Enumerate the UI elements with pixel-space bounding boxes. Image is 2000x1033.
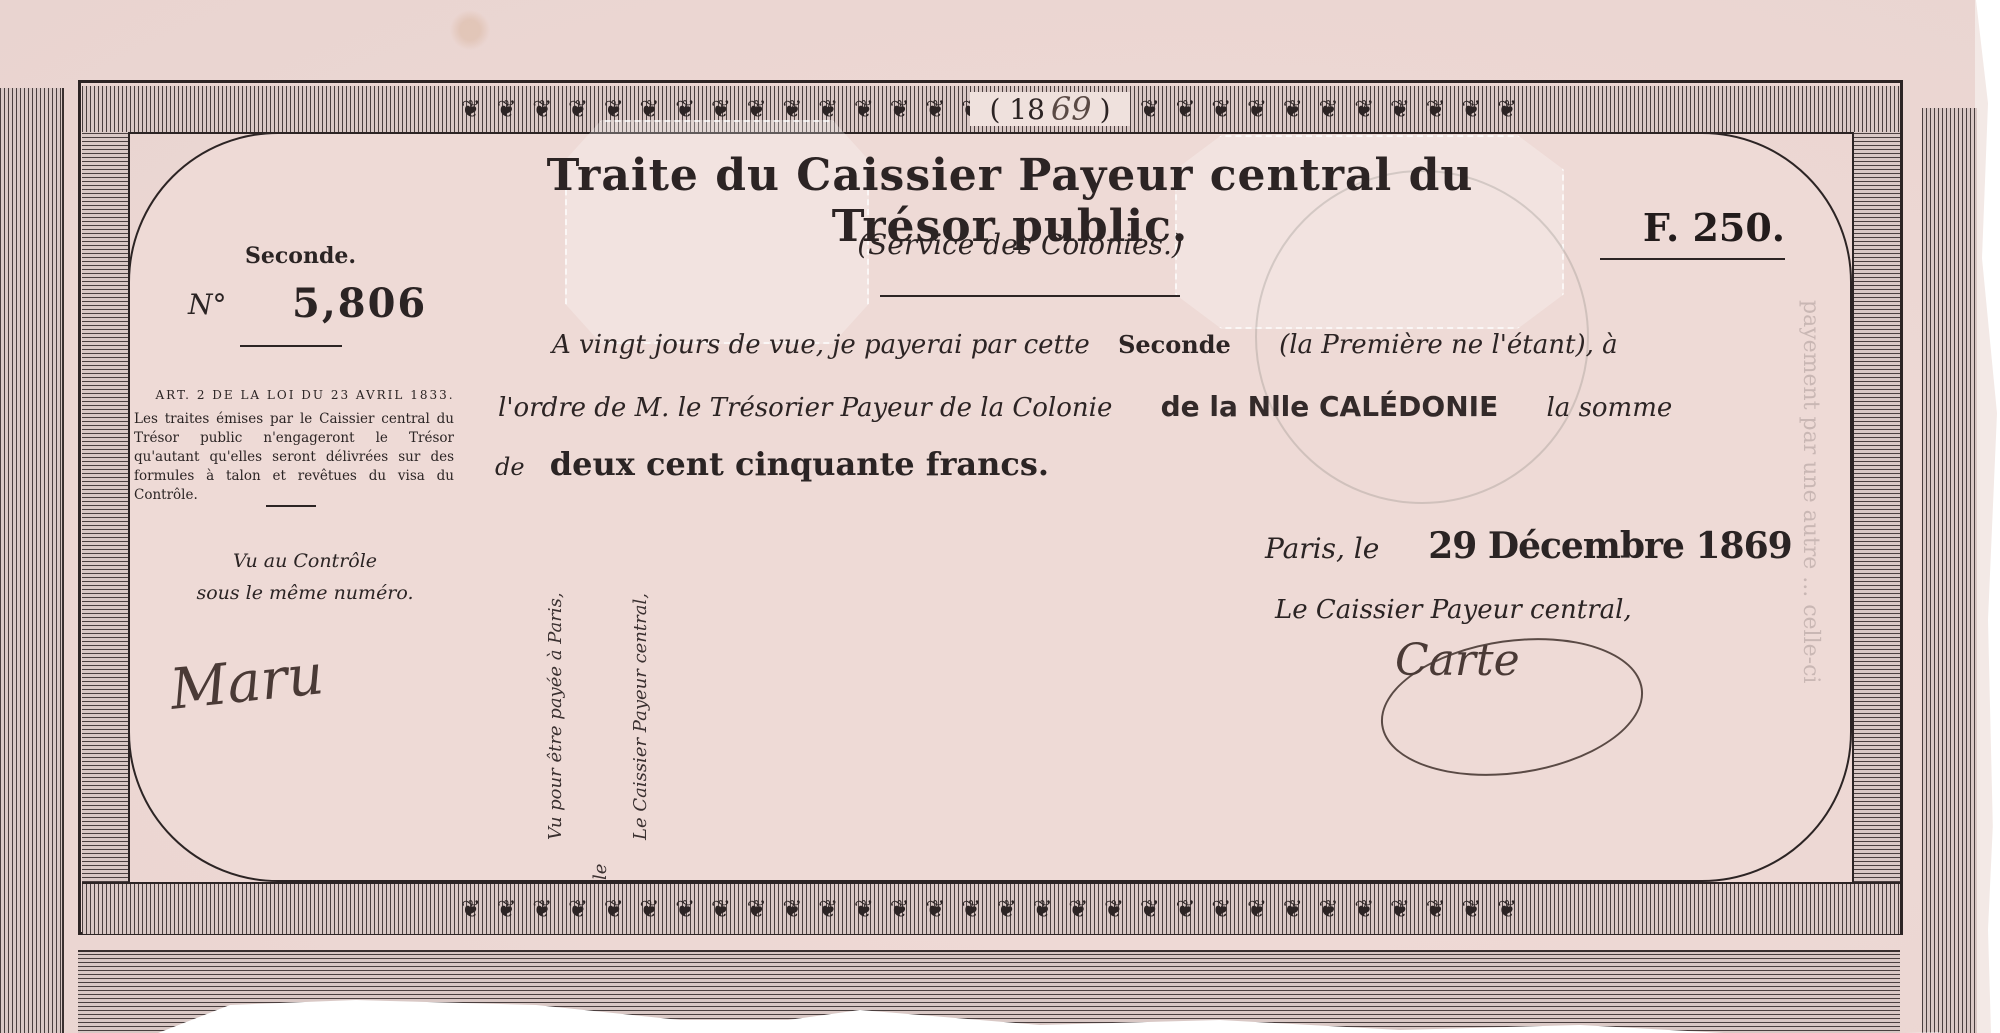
amount-in-words-line: de deux cent cinquante francs. xyxy=(495,445,1049,483)
amount-figure: F. 250. xyxy=(1600,205,1785,260)
year-close: ) xyxy=(1100,93,1111,126)
body-line-2: l'ordre de M. le Trésorier Payeur de la … xyxy=(498,390,1672,423)
body-line-1: A vingt jours de vue, je payerai par cet… xyxy=(552,330,1618,360)
divider xyxy=(266,505,316,507)
amount-in-words: deux cent cinquante francs. xyxy=(550,445,1049,483)
law-reference: ART. 2 DE LA LOI DU 23 AVRIL 1833. xyxy=(150,388,460,402)
place-date: Paris, le 29 Décembre 1869 xyxy=(1265,525,1792,567)
right-border-band xyxy=(1852,132,1900,882)
scroll-ornament-icon: ❦ ❦ ❦ ❦ ❦ ❦ ❦ ❦ ❦ ❦ ❦ ❦ ❦ ❦ ❦ ❦ ❦ ❦ ❦ ❦ … xyxy=(461,895,1522,923)
reverse-bleed-text: payement par une autre ... celle-ci xyxy=(1790,300,1830,683)
body-text: l'ordre de M. le Trésorier Payeur de la … xyxy=(498,393,1112,423)
body-text: (la Première ne l'étant), à xyxy=(1279,330,1618,360)
body-text: la somme xyxy=(1546,393,1672,423)
signatory-signature: Carte xyxy=(1395,635,1520,686)
document-subtitle: (Service des Colonies.) xyxy=(840,228,1200,261)
left-stub-ornament xyxy=(0,88,64,1033)
signatory-title: Le Caissier Payeur central, xyxy=(1275,595,1632,625)
serial-number: 5,806 xyxy=(292,280,427,327)
controle-line-1: Vu au Contrôle xyxy=(150,545,460,577)
year-box: ( 18 69 ) xyxy=(970,92,1130,126)
controle-line-2: sous le même numéro. xyxy=(150,577,460,609)
right-stub-ornament xyxy=(1922,108,1977,1033)
year-printed: ( 18 xyxy=(989,93,1044,126)
number-prefix: N° xyxy=(188,288,227,321)
vertical-note-2: Le Caissier Payeur central, xyxy=(630,540,651,840)
year-handwritten: 69 xyxy=(1051,90,1092,128)
issue-date: 29 Décembre 1869 xyxy=(1428,525,1791,567)
vertical-note-1: Vu pour être payée à Paris, xyxy=(545,520,566,840)
controle-note: Vu au Contrôle sous le même numéro. xyxy=(150,545,460,609)
copy-word: Seconde xyxy=(1118,330,1231,359)
law-text: Les traites émises par le Caissier centr… xyxy=(134,410,454,505)
place: Paris, le xyxy=(1265,532,1379,565)
body-text: de xyxy=(495,453,525,481)
colony-stamp: de la Nlle CALÉDONIE xyxy=(1161,390,1499,423)
ornamental-rule xyxy=(880,295,1180,297)
body-text: A vingt jours de vue, je payerai par cet… xyxy=(552,330,1090,360)
vertical-note-le: le xyxy=(590,850,611,880)
copy-label: Seconde. xyxy=(245,243,356,269)
left-border-band xyxy=(82,132,130,882)
ornamental-rule xyxy=(240,345,342,347)
bottom-border-band: ❦ ❦ ❦ ❦ ❦ ❦ ❦ ❦ ❦ ❦ ❦ ❦ ❦ ❦ ❦ ❦ ❦ ❦ ❦ ❦ … xyxy=(82,882,1900,934)
